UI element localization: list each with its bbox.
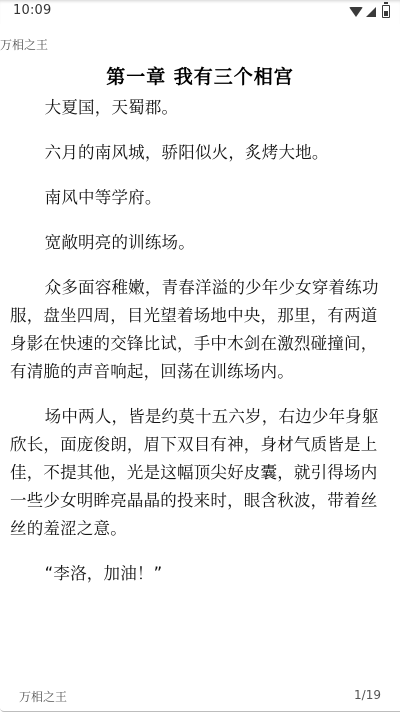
cellular-signal-icon	[366, 7, 376, 17]
book-title-header: 万相之王	[0, 36, 48, 53]
status-icons	[349, 5, 390, 18]
reading-content[interactable]: 大夏国，天蜀郡。 六月的南风城，骄阳似火，炙烤大地。 南风中等学府。 宽敞明亮的…	[10, 94, 392, 605]
battery-charging-icon	[382, 5, 390, 18]
paragraph: 宽敞明亮的训练场。	[10, 229, 392, 257]
chapter-title: 第一章 我有三个相宫	[0, 62, 400, 89]
status-bar: 10:09	[0, 0, 400, 24]
screen-bottom-edge	[0, 708, 400, 712]
wifi-icon	[349, 7, 363, 17]
paragraph: 南风中等学府。	[10, 184, 392, 212]
footer-book-title: 万相之王	[19, 688, 67, 705]
paragraph: 六月的南风城，骄阳似火，炙烤大地。	[10, 139, 392, 167]
paragraph: “李洛，加油！”	[10, 560, 392, 588]
page-indicator: 1/19	[354, 688, 381, 702]
paragraph: 大夏国，天蜀郡。	[10, 94, 392, 122]
paragraph: 众多面容稚嫩，青春洋溢的少年少女穿着练功服，盘坐四周，目光望着场地中央，那里，有…	[10, 274, 392, 386]
status-time: 10:09	[13, 3, 51, 18]
paragraph: 场中两人，皆是约莫十五六岁，右边少年身躯欣长，面庞俊朗，眉下双目有神，身材气质皆…	[10, 403, 392, 543]
